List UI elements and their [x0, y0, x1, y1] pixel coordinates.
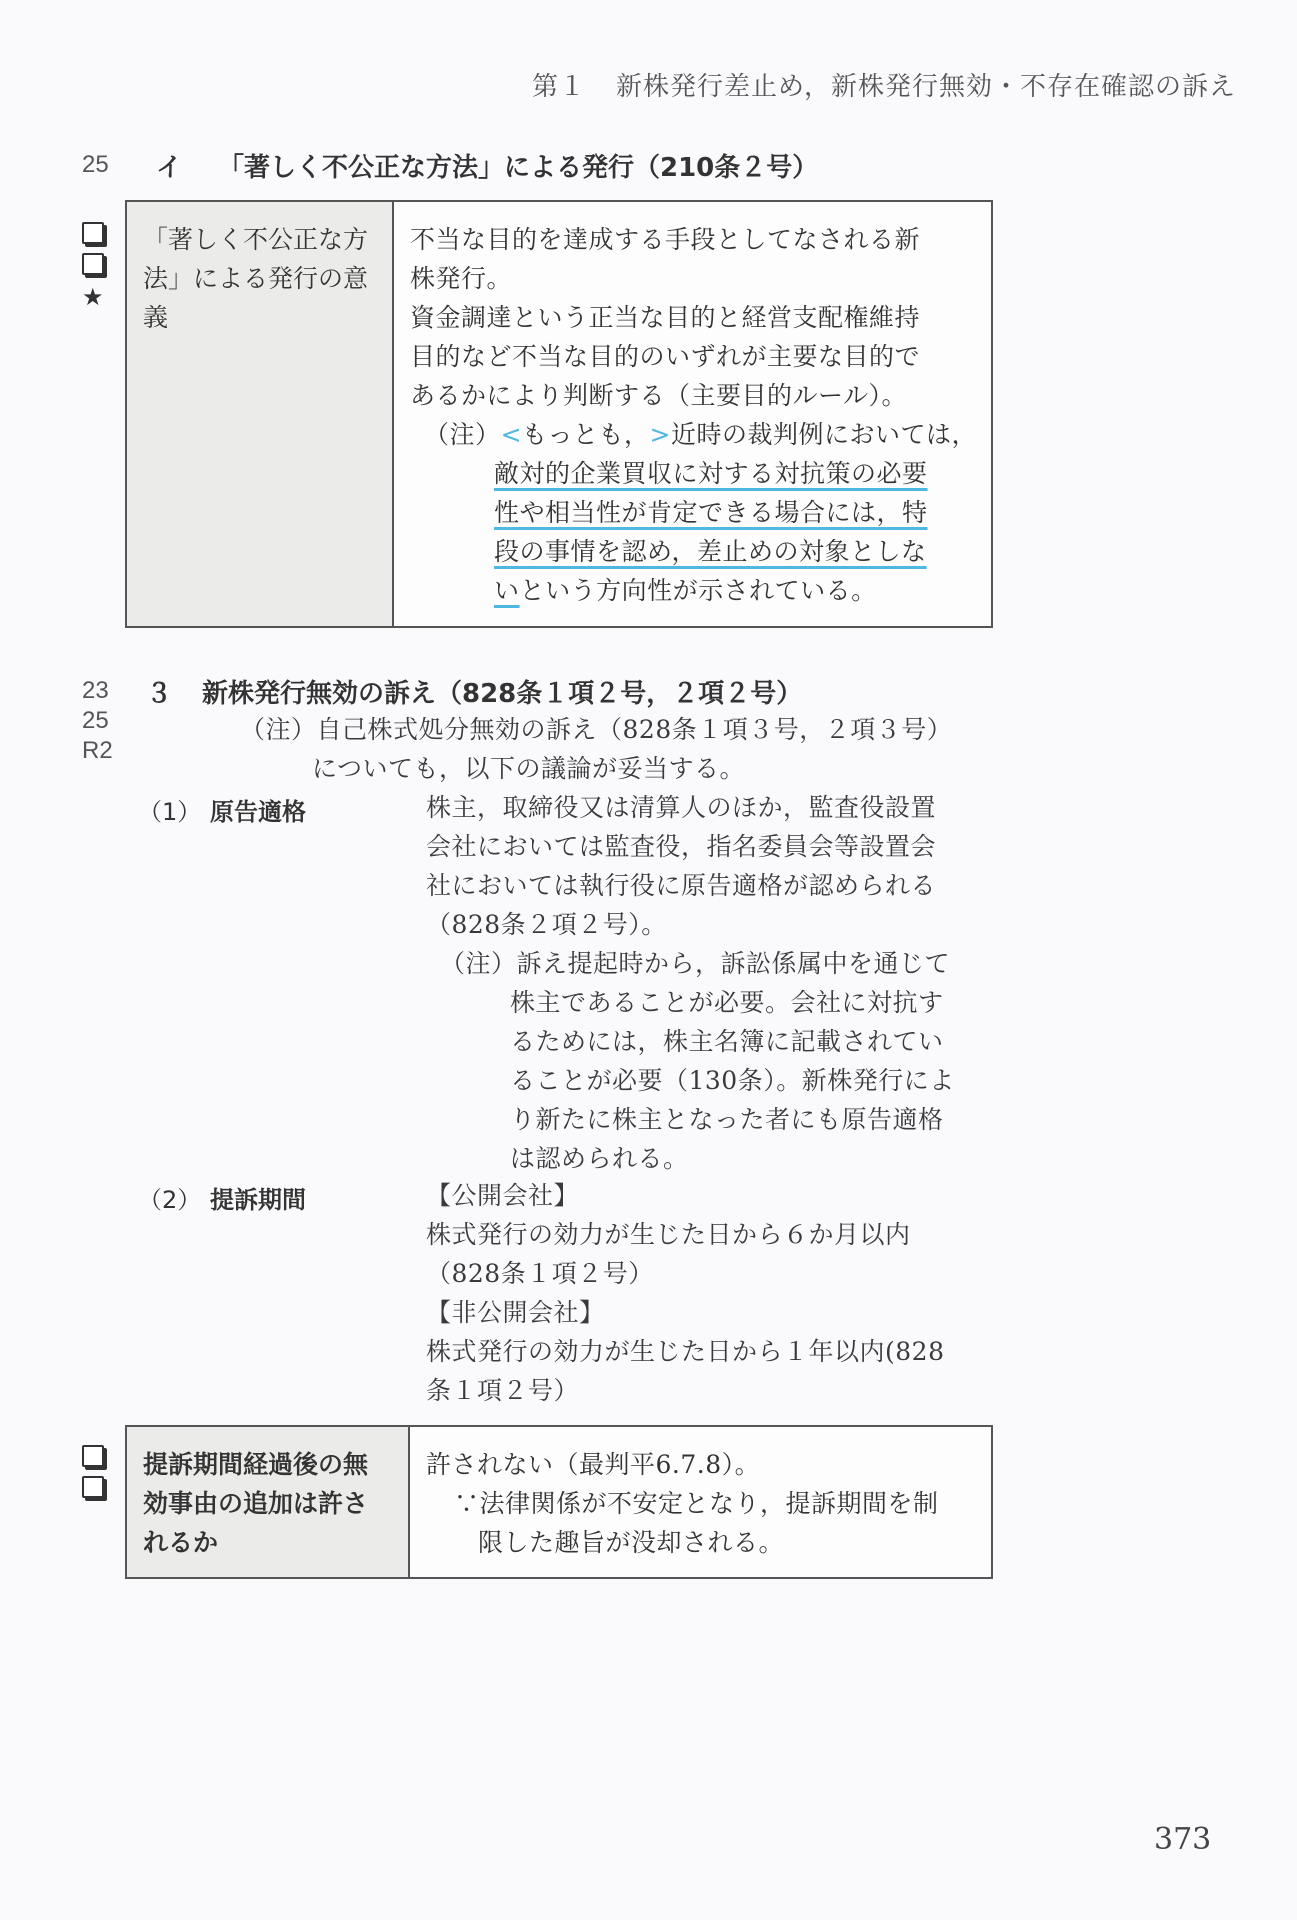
note-line: （注）<もっとも，>近時の裁判例においては，	[410, 415, 977, 454]
table-header-cell: 「著しく不公正な方 法」による発行の意 義	[127, 202, 394, 626]
body-line: 【非公開会社】	[426, 1293, 944, 1332]
note-line: は認められる。	[426, 1139, 955, 1178]
note-line: 性や相当性が肯定できる場合には，特	[410, 493, 977, 532]
table-content-cell: 許されない（最判平6.7.8）。 ∵法律関係が不安定となり，提訴期間を制 限した…	[410, 1427, 991, 1577]
body-line: 株式発行の効力が生じた日から１年以内(828	[426, 1332, 944, 1371]
chapter-title: 新株発行差止め，新株発行無効・不存在確認の訴え	[616, 72, 1236, 102]
margin-ref: 23	[82, 676, 113, 706]
note-lead: もっとも，	[522, 420, 650, 449]
section-marker: イ	[156, 147, 218, 184]
underlined-text: 性や相当性が肯定できる場合には，特	[494, 498, 928, 527]
header-line: 「著しく不公正な方	[143, 220, 378, 259]
note-line: ることが必要（130条）。新株発行によ	[426, 1061, 955, 1100]
note-line: るためには，株主名簿に記載されてい	[426, 1022, 955, 1061]
highlight-open-mark-icon: <	[501, 420, 522, 449]
underlined-text: い	[494, 576, 520, 605]
body-line: （828条２項２号）。	[426, 905, 955, 944]
header-line: 義	[143, 298, 378, 337]
note-text: 近時の裁判例においては，	[671, 420, 977, 449]
highlight-close-mark-icon: >	[650, 420, 671, 449]
margin-refs: 23 25 R2	[82, 676, 113, 766]
note-line: 株主であることが必要。会社に対抗す	[426, 983, 955, 1022]
section-heading-3: ３新株発行無効の訴え（828条１項２号，２項２号）	[146, 673, 802, 710]
content-line: 資金調達という正当な目的と経営支配権維持	[410, 298, 977, 337]
review-checkboxes: ★	[82, 222, 104, 310]
underlined-text: 敵対的企業買収に対する対抗策の必要	[494, 459, 928, 488]
review-checkbox-icon[interactable]	[82, 253, 104, 275]
body-line: 社においては執行役に原告適格が認められる	[426, 866, 955, 905]
subheading-title: 原告適格	[210, 798, 306, 826]
body-line: 会社においては監査役，指名委員会等設置会	[426, 827, 955, 866]
star-icon: ★	[82, 284, 104, 310]
underlined-text: 段の事情を認め，差止めの対象としな	[494, 537, 927, 566]
section-marker: ３	[146, 673, 202, 710]
subheading-number: （2）	[138, 1180, 210, 1215]
note-text: という方向性が示されている。	[520, 576, 877, 605]
section-note: （注）自己株式処分無効の訴え（828条１項３号，２項３号） についても，以下の議…	[240, 710, 952, 788]
content-line: 限した趣旨が没却される。	[426, 1523, 977, 1562]
note-text: 自己株式処分無効の訴え（828条１項３号，２項３号）	[317, 715, 953, 744]
content-line: あるかにより判断する（主要目的ルール）。	[410, 376, 977, 415]
content-line: ∵法律関係が不安定となり，提訴期間を制	[426, 1484, 977, 1523]
subheading-standing: （1）原告適格	[138, 792, 306, 827]
margin-ref: R2	[82, 736, 113, 766]
definition-table: 「著しく不公正な方 法」による発行の意 義 不当な目的を達成する手段としてなされ…	[125, 200, 993, 628]
filing-period-body: 【公開会社】 株式発行の効力が生じた日から６か月以内 （828条１項２号） 【非…	[426, 1176, 944, 1410]
running-header: 第１新株発行差止め，新株発行無効・不存在確認の訴え	[532, 66, 1236, 103]
review-checkboxes	[82, 1445, 104, 1507]
subheading-number: （1）	[138, 792, 210, 827]
body-line: 株主，取締役又は清算人のほか，監査役設置	[426, 788, 955, 827]
qa-table: 提訴期間経過後の無 効事由の追加は許さ れるか 許されない（最判平6.7.8）。…	[125, 1425, 993, 1579]
page-number: 373	[1154, 1822, 1211, 1857]
margin-ref: 25	[82, 706, 113, 736]
content-line: 不当な目的を達成する手段としてなされる新	[410, 220, 977, 259]
header-line: れるか	[143, 1523, 394, 1562]
note-line: り新たに株主となった者にも原告適格	[426, 1100, 955, 1139]
note-label: （注）	[240, 715, 317, 744]
content-line: 株発行。	[410, 259, 977, 298]
table-content-cell: 不当な目的を達成する手段としてなされる新 株発行。 資金調達という正当な目的と経…	[394, 202, 991, 626]
note-line: いという方向性が示されている。	[410, 571, 977, 610]
table-header-cell: 提訴期間経過後の無 効事由の追加は許さ れるか	[127, 1427, 410, 1577]
note-label: （注）	[424, 420, 501, 449]
header-line: 提訴期間経過後の無	[143, 1445, 394, 1484]
note-text: 訴え提起時から，訴訟係属中を通じて	[517, 949, 951, 978]
body-line: 条１項２号）	[426, 1371, 944, 1410]
review-checkbox-icon[interactable]	[82, 1445, 104, 1467]
margin-ref: 25	[82, 150, 109, 180]
header-line: 効事由の追加は許さ	[143, 1484, 394, 1523]
body-line: 株式発行の効力が生じた日から６か月以内	[426, 1215, 944, 1254]
subheading-filing-period: （2）提訴期間	[138, 1180, 306, 1215]
chapter-label: 第１	[532, 72, 586, 102]
section-title: 「著しく不公正な方法」による発行（210条２号）	[218, 153, 818, 183]
subheading-title: 提訴期間	[210, 1186, 306, 1214]
header-line: 法」による発行の意	[143, 259, 378, 298]
note-line: 敵対的企業買収に対する対抗策の必要	[410, 454, 977, 493]
note-line: 段の事情を認め，差止めの対象としな	[410, 532, 977, 571]
section-title: 新株発行無効の訴え（828条１項２号，２項２号）	[202, 679, 802, 709]
note-line: についても，以下の議論が妥当する。	[240, 749, 952, 788]
body-line: （828条１項２号）	[426, 1254, 944, 1293]
note-label: （注）	[440, 949, 517, 978]
body-line: 【公開会社】	[426, 1176, 944, 1215]
review-checkbox-icon[interactable]	[82, 1476, 104, 1498]
note-line: （注）自己株式処分無効の訴え（828条１項３号，２項３号）	[240, 710, 952, 749]
section-heading-i: イ「著しく不公正な方法」による発行（210条２号）	[156, 147, 818, 184]
note-line: （注）訴え提起時から，訴訟係属中を通じて	[426, 944, 955, 983]
review-checkbox-icon[interactable]	[82, 222, 104, 244]
standing-body: 株主，取締役又は清算人のほか，監査役設置 会社においては監査役，指名委員会等設置…	[426, 788, 955, 1178]
content-line: 目的など不当な目的のいずれが主要な目的で	[410, 337, 977, 376]
content-line: 許されない（最判平6.7.8）。	[426, 1445, 977, 1484]
